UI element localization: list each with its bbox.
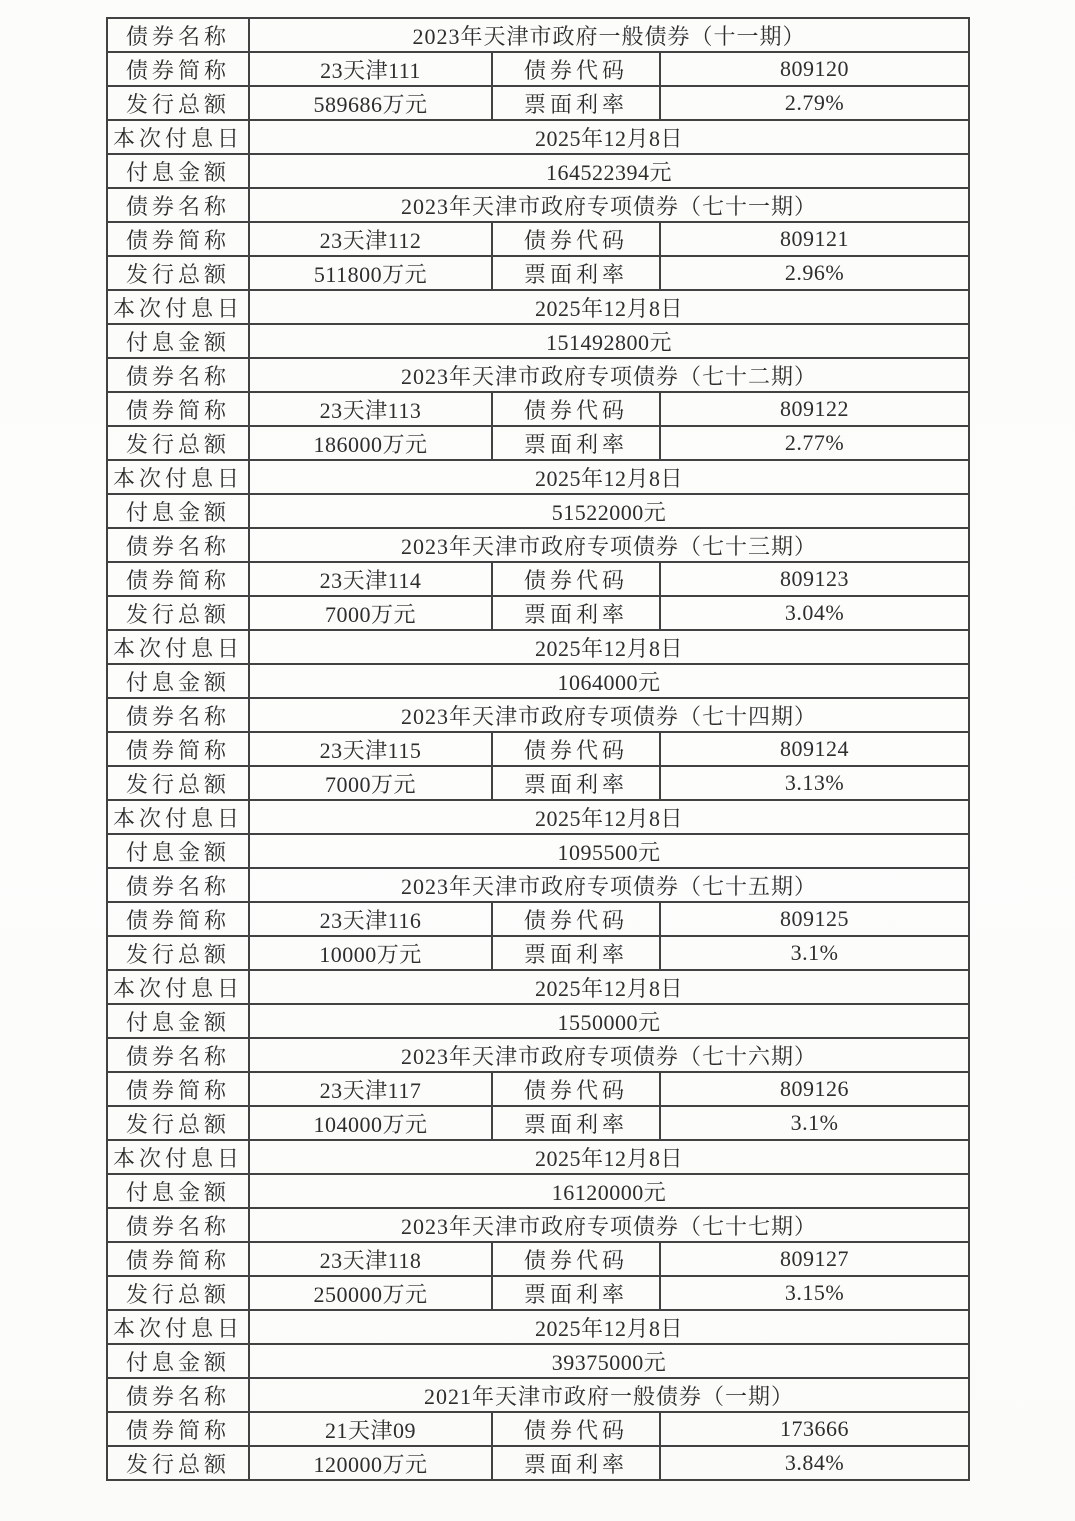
coupon-rate-value: 3.84% <box>660 1446 969 1480</box>
payment-amount-value: 151492800元 <box>249 324 969 358</box>
table-row: 债券名称2023年天津市政府一般债券（十一期） <box>107 18 969 52</box>
bond-name-value: 2023年天津市政府专项债券（七十七期） <box>249 1208 969 1242</box>
bond-code-label: 债券代码 <box>492 1072 660 1106</box>
bond-shortname-label: 债券简称 <box>107 222 249 256</box>
coupon-rate-value: 2.79% <box>660 86 969 120</box>
bond-shortname-value: 23天津113 <box>249 392 492 426</box>
issue-amount-label: 发行总额 <box>107 936 249 970</box>
payment-amount-label: 付息金额 <box>107 494 249 528</box>
payment-date-label: 本次付息日 <box>107 800 249 834</box>
bond-name-label: 债券名称 <box>107 528 249 562</box>
payment-amount-value: 1550000元 <box>249 1004 969 1038</box>
table-row: 债券简称23天津112债券代码809121 <box>107 222 969 256</box>
table-row: 发行总额10000万元票面利率3.1% <box>107 936 969 970</box>
payment-amount-value: 1095500元 <box>249 834 969 868</box>
bond-name-value: 2021年天津市政府一般债券（一期） <box>249 1378 969 1412</box>
table-row: 本次付息日2025年12月8日 <box>107 1310 969 1344</box>
table-row: 本次付息日2025年12月8日 <box>107 630 969 664</box>
bond-shortname-value: 23天津116 <box>249 902 492 936</box>
scanned-document-page: 债券名称2023年天津市政府一般债券（十一期）债券简称23天津111债券代码80… <box>0 0 1075 1521</box>
table-row: 债券简称23天津116债券代码809125 <box>107 902 969 936</box>
bond-name-value: 2023年天津市政府专项债券（七十五期） <box>249 868 969 902</box>
bond-name-label: 债券名称 <box>107 1038 249 1072</box>
issue-amount-label: 发行总额 <box>107 596 249 630</box>
issue-amount-value: 7000万元 <box>249 596 492 630</box>
coupon-rate-value: 3.15% <box>660 1276 969 1310</box>
bond-shortname-label: 债券简称 <box>107 1412 249 1446</box>
issue-amount-label: 发行总额 <box>107 86 249 120</box>
payment-amount-value: 51522000元 <box>249 494 969 528</box>
payment-amount-label: 付息金额 <box>107 1174 249 1208</box>
table-row: 付息金额1064000元 <box>107 664 969 698</box>
table-row: 债券简称23天津118债券代码809127 <box>107 1242 969 1276</box>
bond-name-label: 债券名称 <box>107 698 249 732</box>
bond-shortname-value: 21天津09 <box>249 1412 492 1446</box>
coupon-rate-label: 票面利率 <box>492 596 660 630</box>
table-row: 债券名称2023年天津市政府专项债券（七十五期） <box>107 868 969 902</box>
bond-code-label: 债券代码 <box>492 392 660 426</box>
bond-shortname-value: 23天津118 <box>249 1242 492 1276</box>
table-row: 付息金额39375000元 <box>107 1344 969 1378</box>
payment-date-label: 本次付息日 <box>107 630 249 664</box>
payment-amount-label: 付息金额 <box>107 324 249 358</box>
payment-date-value: 2025年12月8日 <box>249 1140 969 1174</box>
coupon-rate-value: 3.13% <box>660 766 969 800</box>
table-row: 本次付息日2025年12月8日 <box>107 120 969 154</box>
issue-amount-label: 发行总额 <box>107 1106 249 1140</box>
bond-shortname-value: 23天津115 <box>249 732 492 766</box>
table-row: 本次付息日2025年12月8日 <box>107 970 969 1004</box>
issue-amount-label: 发行总额 <box>107 1446 249 1480</box>
payment-date-label: 本次付息日 <box>107 290 249 324</box>
table-row: 付息金额51522000元 <box>107 494 969 528</box>
bond-name-label: 债券名称 <box>107 868 249 902</box>
table-row: 债券名称2021年天津市政府一般债券（一期） <box>107 1378 969 1412</box>
bond-name-label: 债券名称 <box>107 1378 249 1412</box>
coupon-rate-value: 2.96% <box>660 256 969 290</box>
table-row: 债券名称2023年天津市政府专项债券（七十七期） <box>107 1208 969 1242</box>
payment-date-label: 本次付息日 <box>107 1310 249 1344</box>
bond-name-label: 债券名称 <box>107 188 249 222</box>
payment-date-label: 本次付息日 <box>107 1140 249 1174</box>
payment-date-value: 2025年12月8日 <box>249 290 969 324</box>
issue-amount-value: 250000万元 <box>249 1276 492 1310</box>
bond-shortname-label: 债券简称 <box>107 1242 249 1276</box>
table-row: 债券名称2023年天津市政府专项债券（七十三期） <box>107 528 969 562</box>
table-row: 债券简称23天津115债券代码809124 <box>107 732 969 766</box>
issue-amount-label: 发行总额 <box>107 1276 249 1310</box>
bond-shortname-value: 23天津111 <box>249 52 492 86</box>
coupon-rate-label: 票面利率 <box>492 1446 660 1480</box>
bond-payment-table: 债券名称2023年天津市政府一般债券（十一期）债券简称23天津111债券代码80… <box>106 17 970 1481</box>
payment-amount-value: 164522394元 <box>249 154 969 188</box>
bond-shortname-value: 23天津117 <box>249 1072 492 1106</box>
table-row: 债券简称23天津111债券代码809120 <box>107 52 969 86</box>
payment-amount-label: 付息金额 <box>107 834 249 868</box>
bond-code-value: 809120 <box>660 52 969 86</box>
table-row: 本次付息日2025年12月8日 <box>107 800 969 834</box>
bond-code-label: 债券代码 <box>492 562 660 596</box>
issue-amount-label: 发行总额 <box>107 426 249 460</box>
table-row: 债券简称21天津09债券代码173666 <box>107 1412 969 1446</box>
issue-amount-value: 120000万元 <box>249 1446 492 1480</box>
bond-name-label: 债券名称 <box>107 1208 249 1242</box>
payment-amount-label: 付息金额 <box>107 664 249 698</box>
coupon-rate-label: 票面利率 <box>492 766 660 800</box>
table-row: 本次付息日2025年12月8日 <box>107 460 969 494</box>
table-row: 债券简称23天津117债券代码809126 <box>107 1072 969 1106</box>
bond-name-value: 2023年天津市政府专项债券（七十一期） <box>249 188 969 222</box>
bond-shortname-label: 债券简称 <box>107 902 249 936</box>
table-row: 付息金额1550000元 <box>107 1004 969 1038</box>
table-row: 付息金额1095500元 <box>107 834 969 868</box>
table-row: 发行总额589686万元票面利率2.79% <box>107 86 969 120</box>
bond-name-value: 2023年天津市政府专项债券（七十二期） <box>249 358 969 392</box>
coupon-rate-value: 3.1% <box>660 1106 969 1140</box>
coupon-rate-label: 票面利率 <box>492 936 660 970</box>
issue-amount-value: 589686万元 <box>249 86 492 120</box>
bond-name-value: 2023年天津市政府专项债券（七十六期） <box>249 1038 969 1072</box>
bond-code-value: 809127 <box>660 1242 969 1276</box>
bond-code-label: 债券代码 <box>492 222 660 256</box>
coupon-rate-value: 3.04% <box>660 596 969 630</box>
issue-amount-value: 10000万元 <box>249 936 492 970</box>
payment-date-label: 本次付息日 <box>107 970 249 1004</box>
table-row: 发行总额186000万元票面利率2.77% <box>107 426 969 460</box>
table-row: 付息金额151492800元 <box>107 324 969 358</box>
payment-date-value: 2025年12月8日 <box>249 800 969 834</box>
payment-amount-value: 1064000元 <box>249 664 969 698</box>
bond-code-value: 809123 <box>660 562 969 596</box>
payment-amount-label: 付息金额 <box>107 1004 249 1038</box>
table-row: 本次付息日2025年12月8日 <box>107 1140 969 1174</box>
payment-amount-value: 16120000元 <box>249 1174 969 1208</box>
issue-amount-value: 7000万元 <box>249 766 492 800</box>
bond-code-value: 809124 <box>660 732 969 766</box>
bond-name-value: 2023年天津市政府专项债券（七十四期） <box>249 698 969 732</box>
payment-date-value: 2025年12月8日 <box>249 120 969 154</box>
bond-code-value: 809126 <box>660 1072 969 1106</box>
table-row: 发行总额7000万元票面利率3.04% <box>107 596 969 630</box>
payment-date-value: 2025年12月8日 <box>249 970 969 1004</box>
bond-code-value: 173666 <box>660 1412 969 1446</box>
bond-code-label: 债券代码 <box>492 902 660 936</box>
table-row: 发行总额511800万元票面利率2.96% <box>107 256 969 290</box>
bond-shortname-label: 债券简称 <box>107 52 249 86</box>
issue-amount-value: 186000万元 <box>249 426 492 460</box>
table-row: 发行总额120000万元票面利率3.84% <box>107 1446 969 1480</box>
table-row: 债券简称23天津114债券代码809123 <box>107 562 969 596</box>
table-row: 付息金额164522394元 <box>107 154 969 188</box>
coupon-rate-value: 3.1% <box>660 936 969 970</box>
bond-code-label: 债券代码 <box>492 52 660 86</box>
coupon-rate-label: 票面利率 <box>492 86 660 120</box>
payment-date-value: 2025年12月8日 <box>249 630 969 664</box>
coupon-rate-label: 票面利率 <box>492 1106 660 1140</box>
payment-amount-label: 付息金额 <box>107 1344 249 1378</box>
coupon-rate-label: 票面利率 <box>492 426 660 460</box>
coupon-rate-label: 票面利率 <box>492 256 660 290</box>
issue-amount-value: 104000万元 <box>249 1106 492 1140</box>
bond-code-value: 809125 <box>660 902 969 936</box>
coupon-rate-value: 2.77% <box>660 426 969 460</box>
bond-name-value: 2023年天津市政府专项债券（七十三期） <box>249 528 969 562</box>
payment-amount-value: 39375000元 <box>249 1344 969 1378</box>
bond-code-value: 809122 <box>660 392 969 426</box>
payment-date-label: 本次付息日 <box>107 120 249 154</box>
issue-amount-label: 发行总额 <box>107 766 249 800</box>
coupon-rate-label: 票面利率 <box>492 1276 660 1310</box>
bond-name-label: 债券名称 <box>107 18 249 52</box>
bond-code-label: 债券代码 <box>492 1412 660 1446</box>
bond-table-body: 债券名称2023年天津市政府一般债券（十一期）债券简称23天津111债券代码80… <box>107 18 969 1480</box>
bond-shortname-label: 债券简称 <box>107 1072 249 1106</box>
bond-name-label: 债券名称 <box>107 358 249 392</box>
table-row: 发行总额7000万元票面利率3.13% <box>107 766 969 800</box>
bond-shortname-label: 债券简称 <box>107 732 249 766</box>
bond-code-label: 债券代码 <box>492 1242 660 1276</box>
payment-date-value: 2025年12月8日 <box>249 1310 969 1344</box>
table-row: 债券名称2023年天津市政府专项债券（七十四期） <box>107 698 969 732</box>
bond-name-value: 2023年天津市政府一般债券（十一期） <box>249 18 969 52</box>
bond-shortname-value: 23天津114 <box>249 562 492 596</box>
bond-shortname-label: 债券简称 <box>107 562 249 596</box>
table-row: 债券名称2023年天津市政府专项债券（七十六期） <box>107 1038 969 1072</box>
bond-shortname-label: 债券简称 <box>107 392 249 426</box>
payment-date-value: 2025年12月8日 <box>249 460 969 494</box>
bond-code-label: 债券代码 <box>492 732 660 766</box>
table-row: 债券简称23天津113债券代码809122 <box>107 392 969 426</box>
payment-amount-label: 付息金额 <box>107 154 249 188</box>
table-row: 债券名称2023年天津市政府专项债券（七十一期） <box>107 188 969 222</box>
table-row: 付息金额16120000元 <box>107 1174 969 1208</box>
bond-code-value: 809121 <box>660 222 969 256</box>
table-row: 本次付息日2025年12月8日 <box>107 290 969 324</box>
table-row: 发行总额250000万元票面利率3.15% <box>107 1276 969 1310</box>
issue-amount-label: 发行总额 <box>107 256 249 290</box>
table-row: 债券名称2023年天津市政府专项债券（七十二期） <box>107 358 969 392</box>
issue-amount-value: 511800万元 <box>249 256 492 290</box>
payment-date-label: 本次付息日 <box>107 460 249 494</box>
table-row: 发行总额104000万元票面利率3.1% <box>107 1106 969 1140</box>
bond-shortname-value: 23天津112 <box>249 222 492 256</box>
